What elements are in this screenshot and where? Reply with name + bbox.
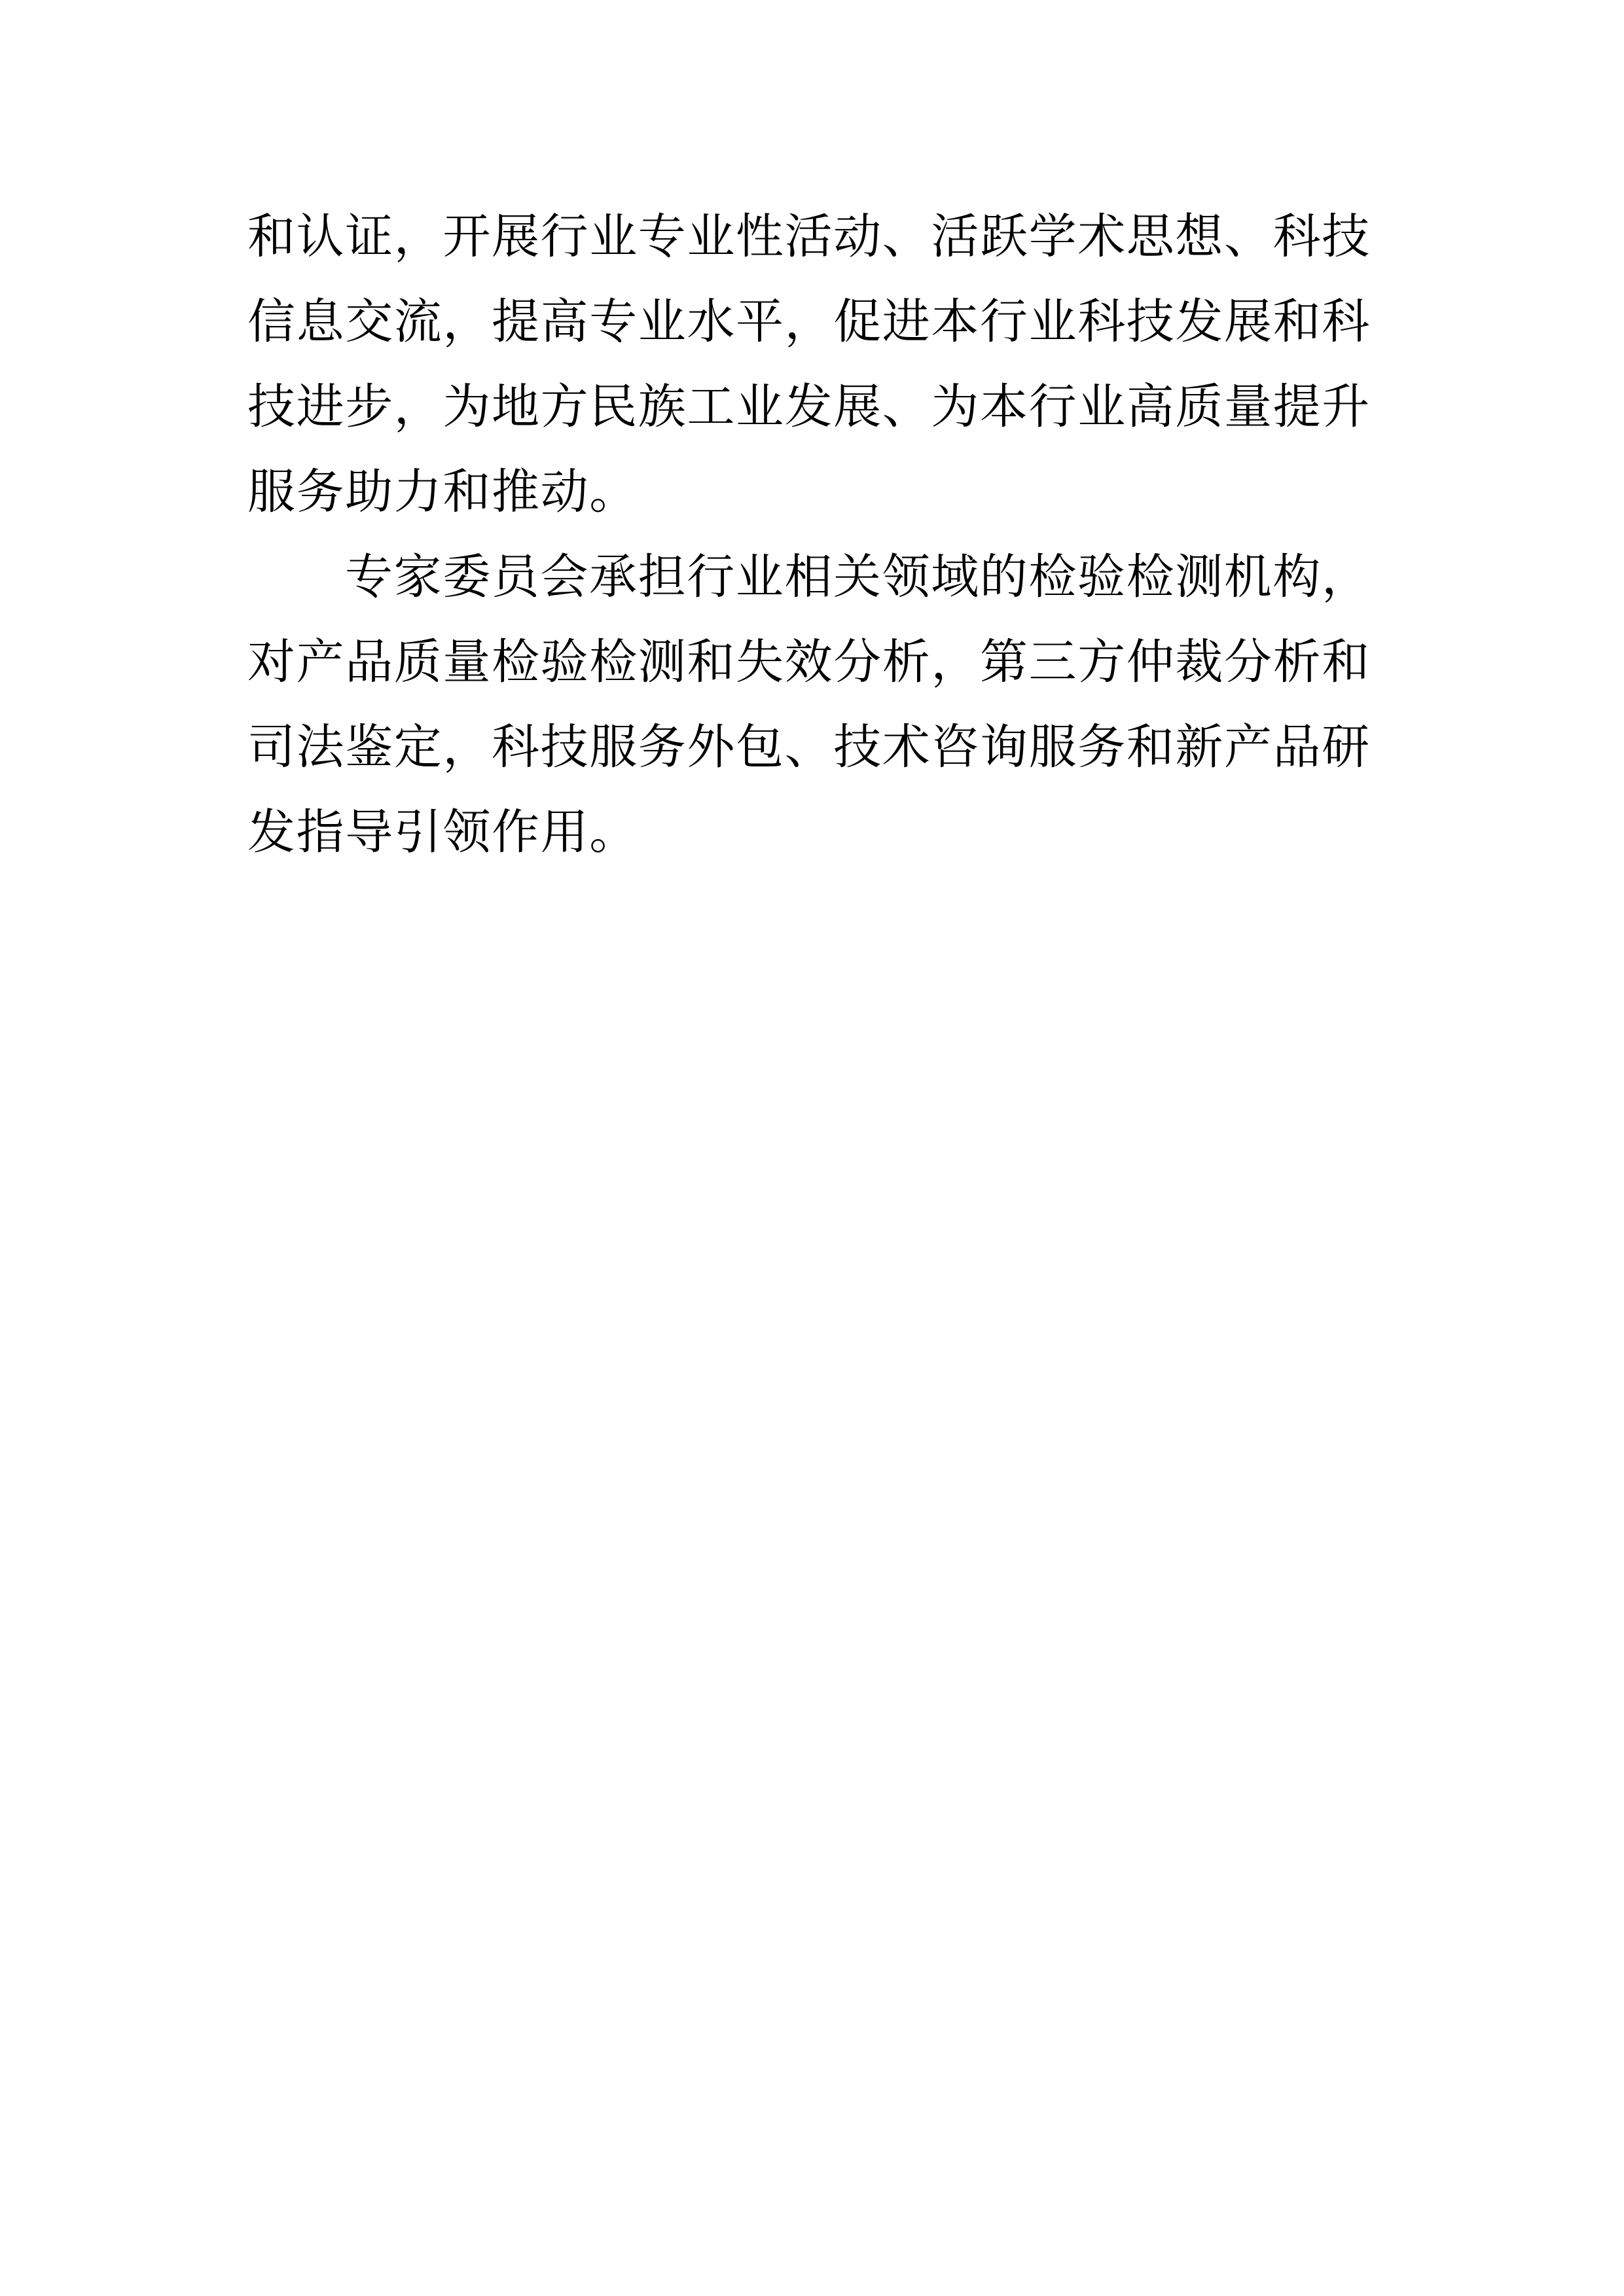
paragraph-2-line-4: 发指导引领作用。 bbox=[247, 790, 1375, 875]
body-text-block: 和认证，开展行业专业性活动、活跃学术思想、科技 信息交流，提高专业水平，促进本行… bbox=[247, 194, 1375, 875]
document-page: 和认证，开展行业专业性活动、活跃学术思想、科技 信息交流，提高专业水平，促进本行… bbox=[0, 0, 1624, 2296]
paragraph-1-line-3: 技进步，为地方民族工业发展、为本行业高质量提升 bbox=[247, 365, 1375, 450]
paragraph-2-line-2: 对产品质量检验检测和失效分析，第三方仲裁分析和 bbox=[247, 620, 1375, 705]
paragraph-2-line-1: 专家委员会承担行业相关领域的检验检测机构， bbox=[247, 535, 1375, 620]
paragraph-2-line-3: 司法鉴定，科技服务外包、技术咨询服务和新产品研 bbox=[247, 705, 1375, 790]
paragraph-1-line-2: 信息交流，提高专业水平，促进本行业科技发展和科 bbox=[247, 279, 1375, 365]
paragraph-1-line-4: 服务助力和推动。 bbox=[247, 450, 1375, 535]
paragraph-1-line-1: 和认证，开展行业专业性活动、活跃学术思想、科技 bbox=[247, 194, 1375, 279]
